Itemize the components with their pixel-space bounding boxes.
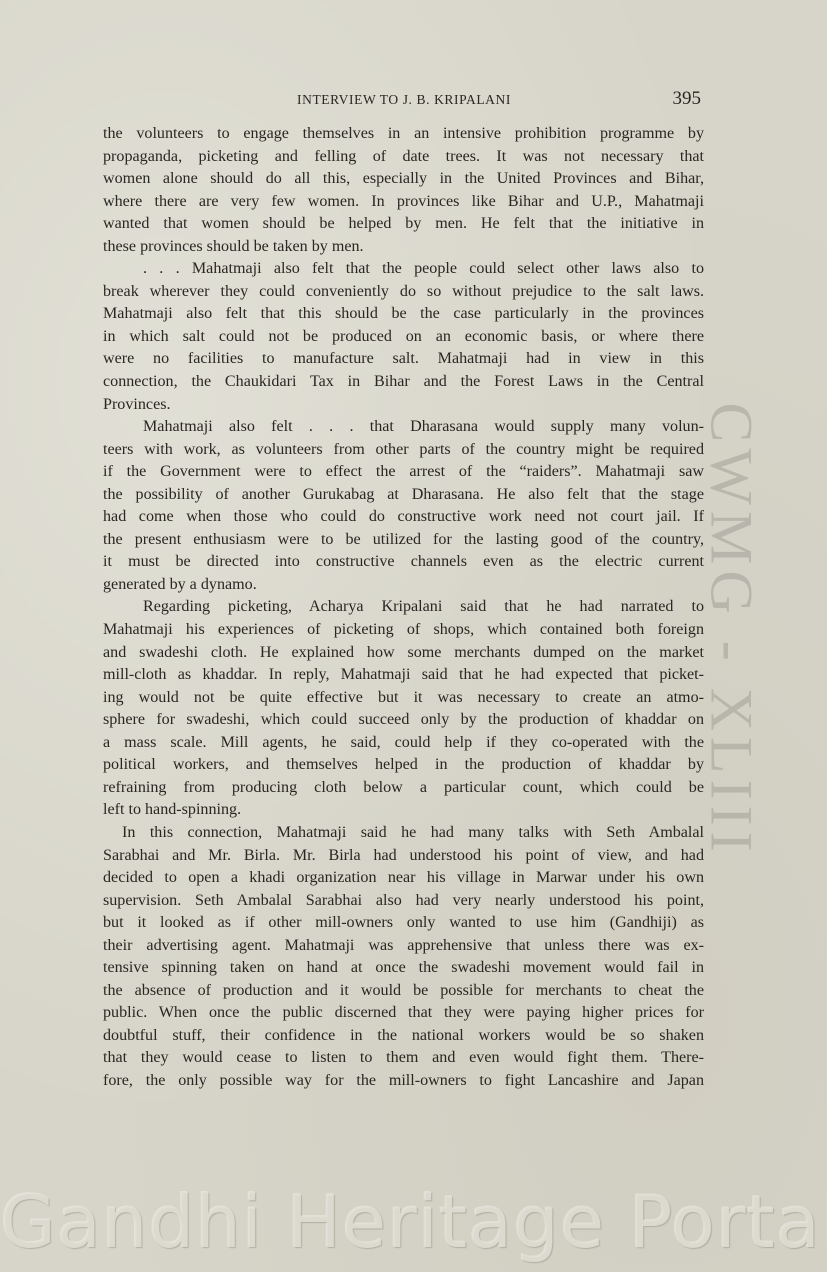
text-line: break wherever they could conveniently d… [103,281,704,304]
text-line: propaganda, picketing and felling of dat… [103,146,704,169]
text-line: these provinces should be taken by men. [103,236,704,259]
text-line: political workers, and themselves helped… [103,754,704,777]
text-line: that they would cease to listen to them … [103,1047,704,1070]
text-line: teers with work, as volunteers from othe… [103,439,704,462]
text-line: ing would not be quite effective but it … [103,687,704,710]
text-line: left to hand-spinning. [103,799,704,822]
page-number: 395 [673,88,702,110]
body-text: the volunteers to engage themselves in a… [103,123,704,1093]
text-line: refraining from producing cloth below a … [103,777,704,800]
text-line: In this connection, Mahatmaji said he ha… [103,822,704,845]
text-line: the possibility of another Gurukabag at … [103,484,704,507]
text-line: Mahatmaji his experiences of picketing o… [103,619,704,642]
text-line: but it looked as if other mill-owners on… [103,912,704,935]
text-line: Mahatmaji also felt that this should be … [103,303,704,326]
text-line: Regarding picketing, Acharya Kripalani s… [103,596,704,619]
text-line: women alone should do all this, especial… [103,168,704,191]
text-line: had come when those who could do constru… [103,506,704,529]
text-line: where there are very few women. In provi… [103,191,704,214]
text-line: if the Government were to effect the arr… [103,461,704,484]
text-line: the volunteers to engage themselves in a… [103,123,704,146]
scanned-page: INTERVIEW TO J. B. KRIPALANI 395 the vol… [0,0,827,1272]
text-line: supervision. Seth Ambalal Sarabhai also … [103,890,704,913]
text-line: connection, the Chaukidari Tax in Bihar … [103,371,704,394]
text-line: mill-cloth as khaddar. In reply, Mahatma… [103,664,704,687]
text-line: decided to open a khadi organization nea… [103,867,704,890]
text-line: the present enthusiasm were to be utiliz… [103,529,704,552]
text-line: sphere for swadeshi, which could succeed… [103,709,704,732]
text-line: doubtful stuff, their confidence in the … [103,1025,704,1048]
text-line: and swadeshi cloth. He explained how som… [103,642,704,665]
text-line: their advertising agent. Mahatmaji was a… [103,935,704,958]
text-line: in which salt could not be produced on a… [103,326,704,349]
text-line: Provinces. [103,394,704,417]
text-line: Sarabhai and Mr. Birla. Mr. Birla had un… [103,845,704,868]
text-line: Mahatmaji also felt . . . that Dharasana… [103,416,704,439]
text-line: wanted that women should be helped by me… [103,213,704,236]
text-line: a mass scale. Mill agents, he said, coul… [103,732,704,755]
text-line: were no facilities to manufacture salt. … [103,348,704,371]
running-title: INTERVIEW TO J. B. KRIPALANI [103,92,705,108]
text-line: fore, the only possible way for the mill… [103,1070,704,1093]
text-line: it must be directed into constructive ch… [103,551,704,574]
text-line: . . . Mahatmaji also felt that the peopl… [103,258,704,281]
text-line: tensive spinning taken on hand at once t… [103,957,704,980]
text-line: generated by a dynamo. [103,574,704,597]
text-line: public. When once the public discerned t… [103,1002,704,1025]
running-head: INTERVIEW TO J. B. KRIPALANI 395 [103,88,705,112]
portal-watermark: Gandhi Heritage Portal [0,1180,827,1264]
vertical-watermark: CWMG - XLIII [697,402,766,857]
text-line: the absence of production and it would b… [103,980,704,1003]
